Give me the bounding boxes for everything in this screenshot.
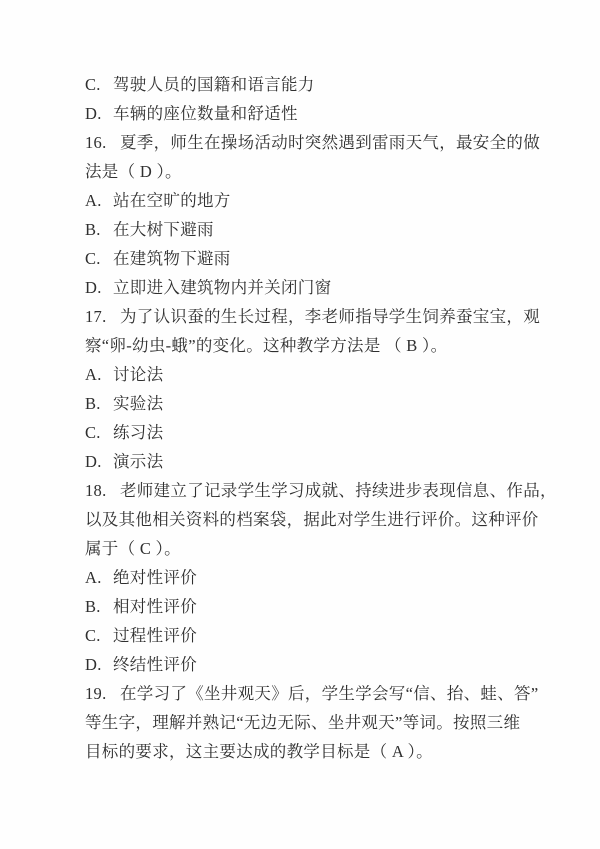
question-17-option-d: D.演示法 [85, 447, 530, 476]
question-16-option-d: D.立即进入建筑物内并关闭门窗 [85, 273, 530, 302]
question-16-stem-line-2: 法是（ D ）。 [85, 157, 530, 186]
option-text: 终结性评价 [113, 655, 197, 674]
option-label: D. [85, 273, 113, 302]
option-label: D. [85, 650, 113, 679]
option-text: 讨论法 [113, 365, 163, 384]
option-label: C. [85, 70, 113, 99]
question-17-option-a: A.讨论法 [85, 360, 530, 389]
question-18-option-b: B.相对性评价 [85, 592, 530, 621]
option-text: 车辆的座位数量和舒适性 [113, 104, 298, 123]
option-text: 在建筑物下避雨 [113, 249, 231, 268]
question-19-stem-line-3: 目标的要求，这主要达成的教学目标是（ A ）。 [85, 737, 530, 766]
option-text: 立即进入建筑物内并关闭门窗 [113, 278, 331, 297]
question-17-option-c: C.练习法 [85, 418, 530, 447]
option-label: B. [85, 389, 113, 418]
question-stem-text: 为了认识蚕的生长过程，李老师指导学生饲养蚕宝宝，观 [120, 307, 540, 326]
question-16-option-a: A.站在空旷的地方 [85, 186, 530, 215]
option-label: B. [85, 592, 113, 621]
question-number: 16. [85, 128, 120, 157]
question-16-option-b: B.在大树下避雨 [85, 215, 530, 244]
option-text: 站在空旷的地方 [113, 191, 231, 210]
question-18-option-d: D.终结性评价 [85, 650, 530, 679]
question-18-option-c: C.过程性评价 [85, 621, 530, 650]
question-16-option-c: C.在建筑物下避雨 [85, 244, 530, 273]
question-stem-text: 老师建立了记录学生学习成就、持续进步表现信息、作品， [120, 481, 557, 500]
option-label: D. [85, 99, 113, 128]
option-label: B. [85, 215, 113, 244]
question-19-stem-line-1: 19.在学习了《坐井观天》后，学生学会写“信、抬、蛙、答” [85, 679, 530, 708]
exam-content: C.驾驶人员的国籍和语言能力 D.车辆的座位数量和舒适性 16.夏季，师生在操场… [85, 70, 530, 766]
option-text: 在大树下避雨 [113, 220, 214, 239]
option-text: 绝对性评价 [113, 568, 197, 587]
question-18-stem-line-3: 属于（ C ）。 [85, 534, 530, 563]
question-number: 19. [85, 679, 120, 708]
option-text: 练习法 [113, 423, 163, 442]
question-number: 18. [85, 476, 120, 505]
option-text: 相对性评价 [113, 597, 197, 616]
exam-page: C.驾驶人员的国籍和语言能力 D.车辆的座位数量和舒适性 16.夏季，师生在操场… [0, 0, 600, 849]
question-18-stem-line-2: 以及其他相关资料的档案袋，据此对学生进行评价。这种评价 [85, 505, 530, 534]
prev-question-option-d: D.车辆的座位数量和舒适性 [85, 99, 530, 128]
question-17-stem-line-2: 察“卵-幼虫-蛾”的变化。这种教学方法是 （ B ）。 [85, 331, 530, 360]
option-label: A. [85, 563, 113, 592]
question-16-stem-line-1: 16.夏季，师生在操场活动时突然遇到雷雨天气，最安全的做 [85, 128, 530, 157]
question-17-option-b: B.实验法 [85, 389, 530, 418]
question-stem-text: 在学习了《坐井观天》后，学生学会写“信、抬、蛙、答” [120, 684, 538, 703]
option-label: C. [85, 418, 113, 447]
question-19-stem-line-2: 等生字，理解并熟记“无边无际、坐井观天”等词。按照三维 [85, 708, 530, 737]
option-label: D. [85, 447, 113, 476]
option-label: C. [85, 621, 113, 650]
option-label: A. [85, 186, 113, 215]
question-18-stem-line-1: 18.老师建立了记录学生学习成就、持续进步表现信息、作品， [85, 476, 530, 505]
option-text: 实验法 [113, 394, 163, 413]
option-text: 驾驶人员的国籍和语言能力 [113, 75, 315, 94]
prev-question-option-c: C.驾驶人员的国籍和语言能力 [85, 70, 530, 99]
option-label: A. [85, 360, 113, 389]
question-stem-text: 夏季，师生在操场活动时突然遇到雷雨天气，最安全的做 [120, 133, 540, 152]
question-number: 17. [85, 302, 120, 331]
question-17-stem-line-1: 17.为了认识蚕的生长过程，李老师指导学生饲养蚕宝宝，观 [85, 302, 530, 331]
option-text: 过程性评价 [113, 626, 197, 645]
option-text: 演示法 [113, 452, 163, 471]
option-label: C. [85, 244, 113, 273]
question-18-option-a: A.绝对性评价 [85, 563, 530, 592]
